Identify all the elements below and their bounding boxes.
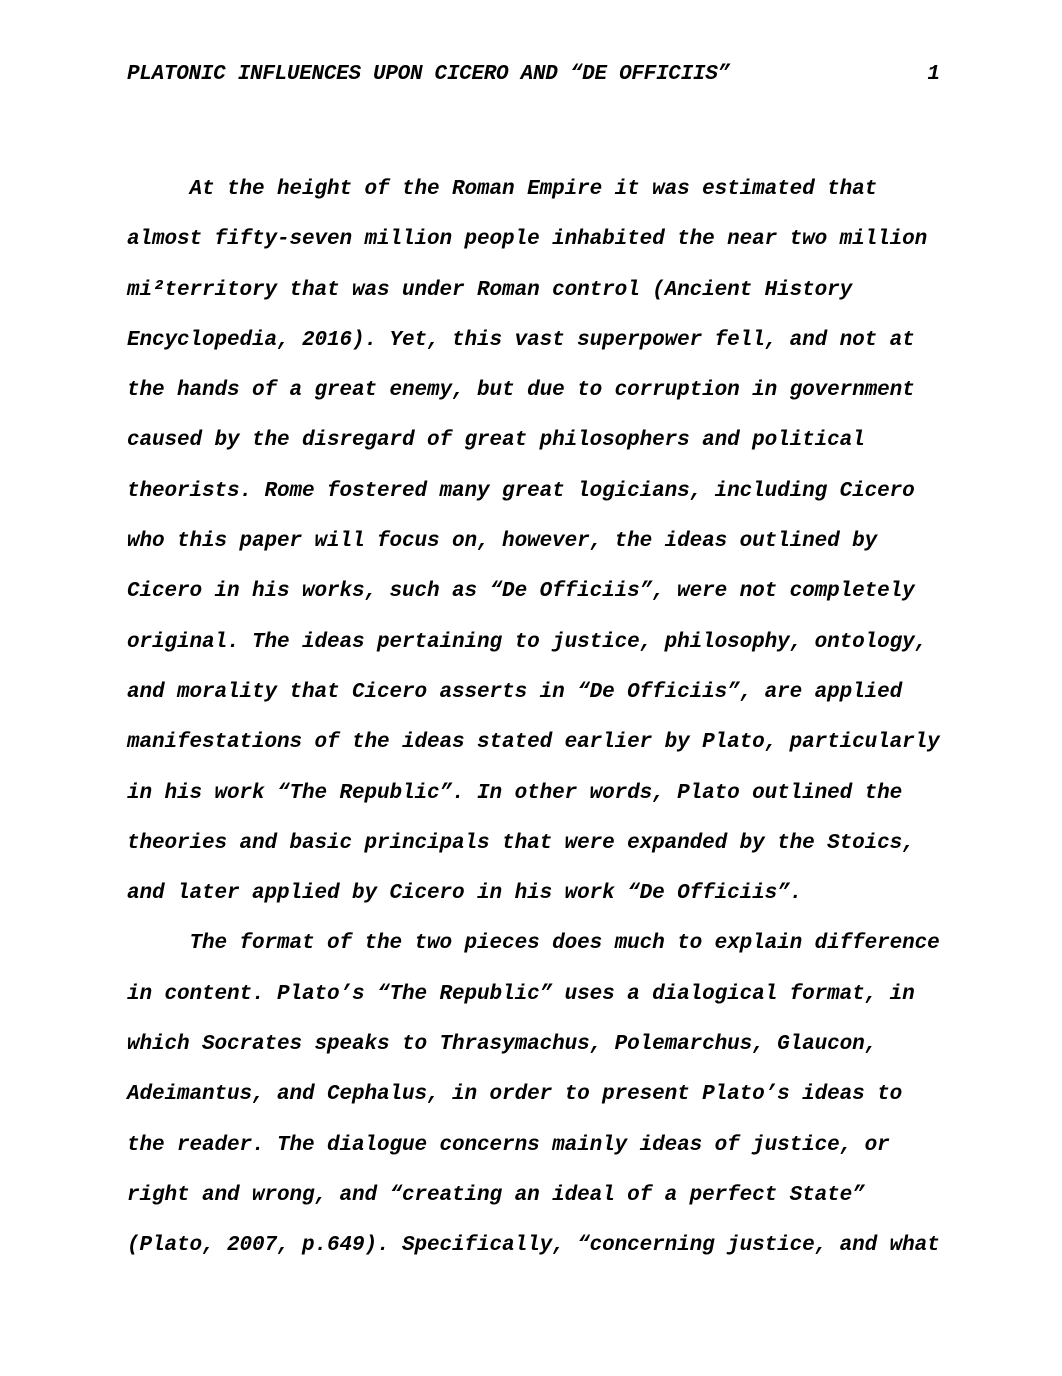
text-line: manifestations of the ideas stated earli… [127, 718, 959, 768]
text-line: theories and basic principals that were … [127, 819, 959, 869]
running-head: PLATONIC INFLUENCES UPON CICERO AND “DE … [127, 60, 940, 90]
text-line: original. The ideas pertaining to justic… [127, 618, 959, 668]
text-line: Adeimantus, and Cephalus, in order to pr… [127, 1070, 959, 1120]
body-text: At the height of the Roman Empire it was… [127, 165, 959, 1272]
text-line: Cicero in his works, such as “De Officii… [127, 567, 959, 617]
text-line: (Plato, 2007, p.649). Specifically, “con… [127, 1221, 959, 1271]
text-line: in content. Plato’s “The Republic” uses … [127, 970, 959, 1020]
document-page: PLATONIC INFLUENCES UPON CICERO AND “DE … [0, 0, 1062, 1376]
page-number: 1 [927, 60, 940, 90]
text-line: caused by the disregard of great philoso… [127, 416, 959, 466]
text-line: At the height of the Roman Empire it was… [127, 165, 959, 215]
text-line: right and wrong, and “creating an ideal … [127, 1171, 959, 1221]
text-line: the hands of a great enemy, but due to c… [127, 366, 959, 416]
text-line: theorists. Rome fostered many great logi… [127, 467, 959, 517]
text-line: The format of the two pieces does much t… [127, 919, 959, 969]
text-line: Encyclopedia, 2016). Yet, this vast supe… [127, 316, 959, 366]
running-head-title: PLATONIC INFLUENCES UPON CICERO AND “DE … [127, 60, 730, 90]
text-line: mi²territory that was under Roman contro… [127, 266, 959, 316]
text-line: and morality that Cicero asserts in “De … [127, 668, 959, 718]
text-line: who this paper will focus on, however, t… [127, 517, 959, 567]
text-line: the reader. The dialogue concerns mainly… [127, 1121, 959, 1171]
text-line: which Socrates speaks to Thrasymachus, P… [127, 1020, 959, 1070]
text-line: and later applied by Cicero in his work … [127, 869, 959, 919]
text-line: almost fifty-seven million people inhabi… [127, 215, 959, 265]
text-line: in his work “The Republic”. In other wor… [127, 769, 959, 819]
